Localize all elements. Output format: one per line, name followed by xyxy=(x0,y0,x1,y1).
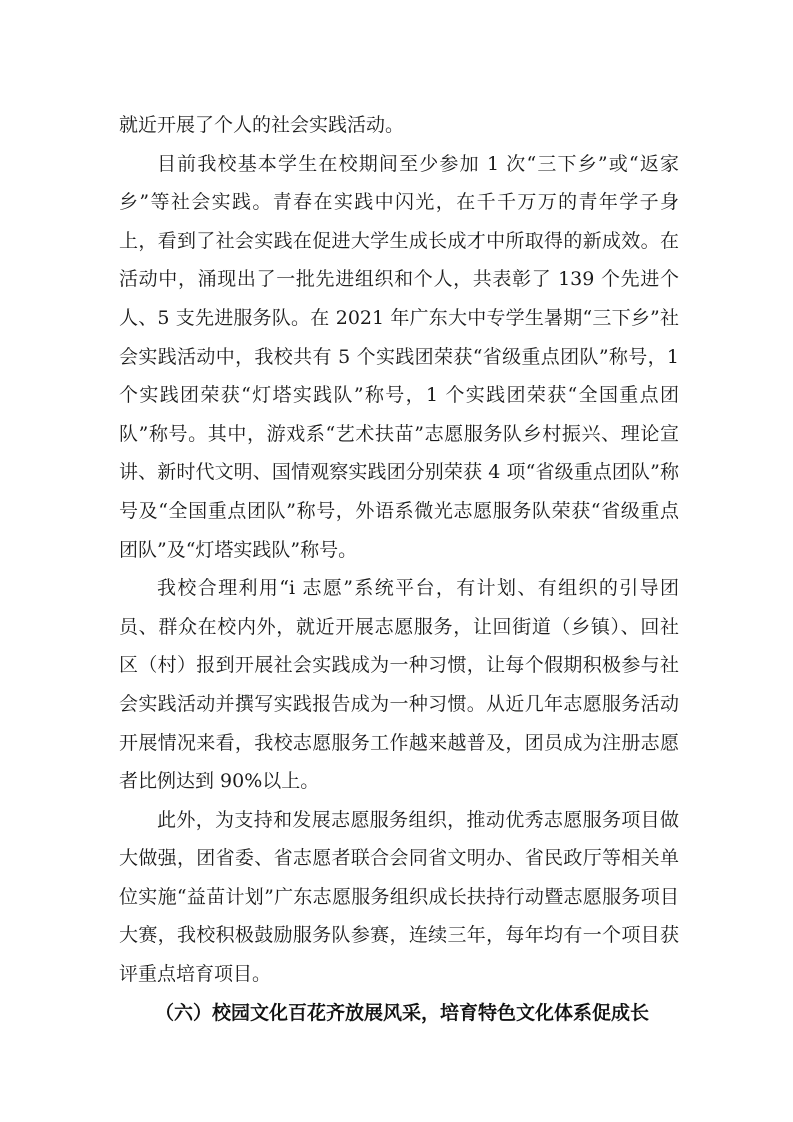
paragraph-volunteer-platform: 我校合理利用“i 志愿”系统平台，有计划、有组织的引导团员、群众在校内外，就近开… xyxy=(119,569,679,801)
document-page: 就近开展了个人的社会实践活动。 目前我校基本学生在校期间至少参加 1 次“三下乡… xyxy=(119,106,679,1032)
section-heading: （六）校园文化百花齐放展风采，培育特色文化体系促成长 xyxy=(119,994,679,1033)
paragraph-social-practice: 目前我校基本学生在校期间至少参加 1 次“三下乡”或“返家乡”等社会实践。青春在… xyxy=(119,145,679,570)
paragraph-yimiao-plan: 此外，为支持和发展志愿服务组织，推动优秀志愿服务项目做大做强，团省委、省志愿者联… xyxy=(119,801,679,994)
paragraph-continuation: 就近开展了个人的社会实践活动。 xyxy=(119,106,679,145)
